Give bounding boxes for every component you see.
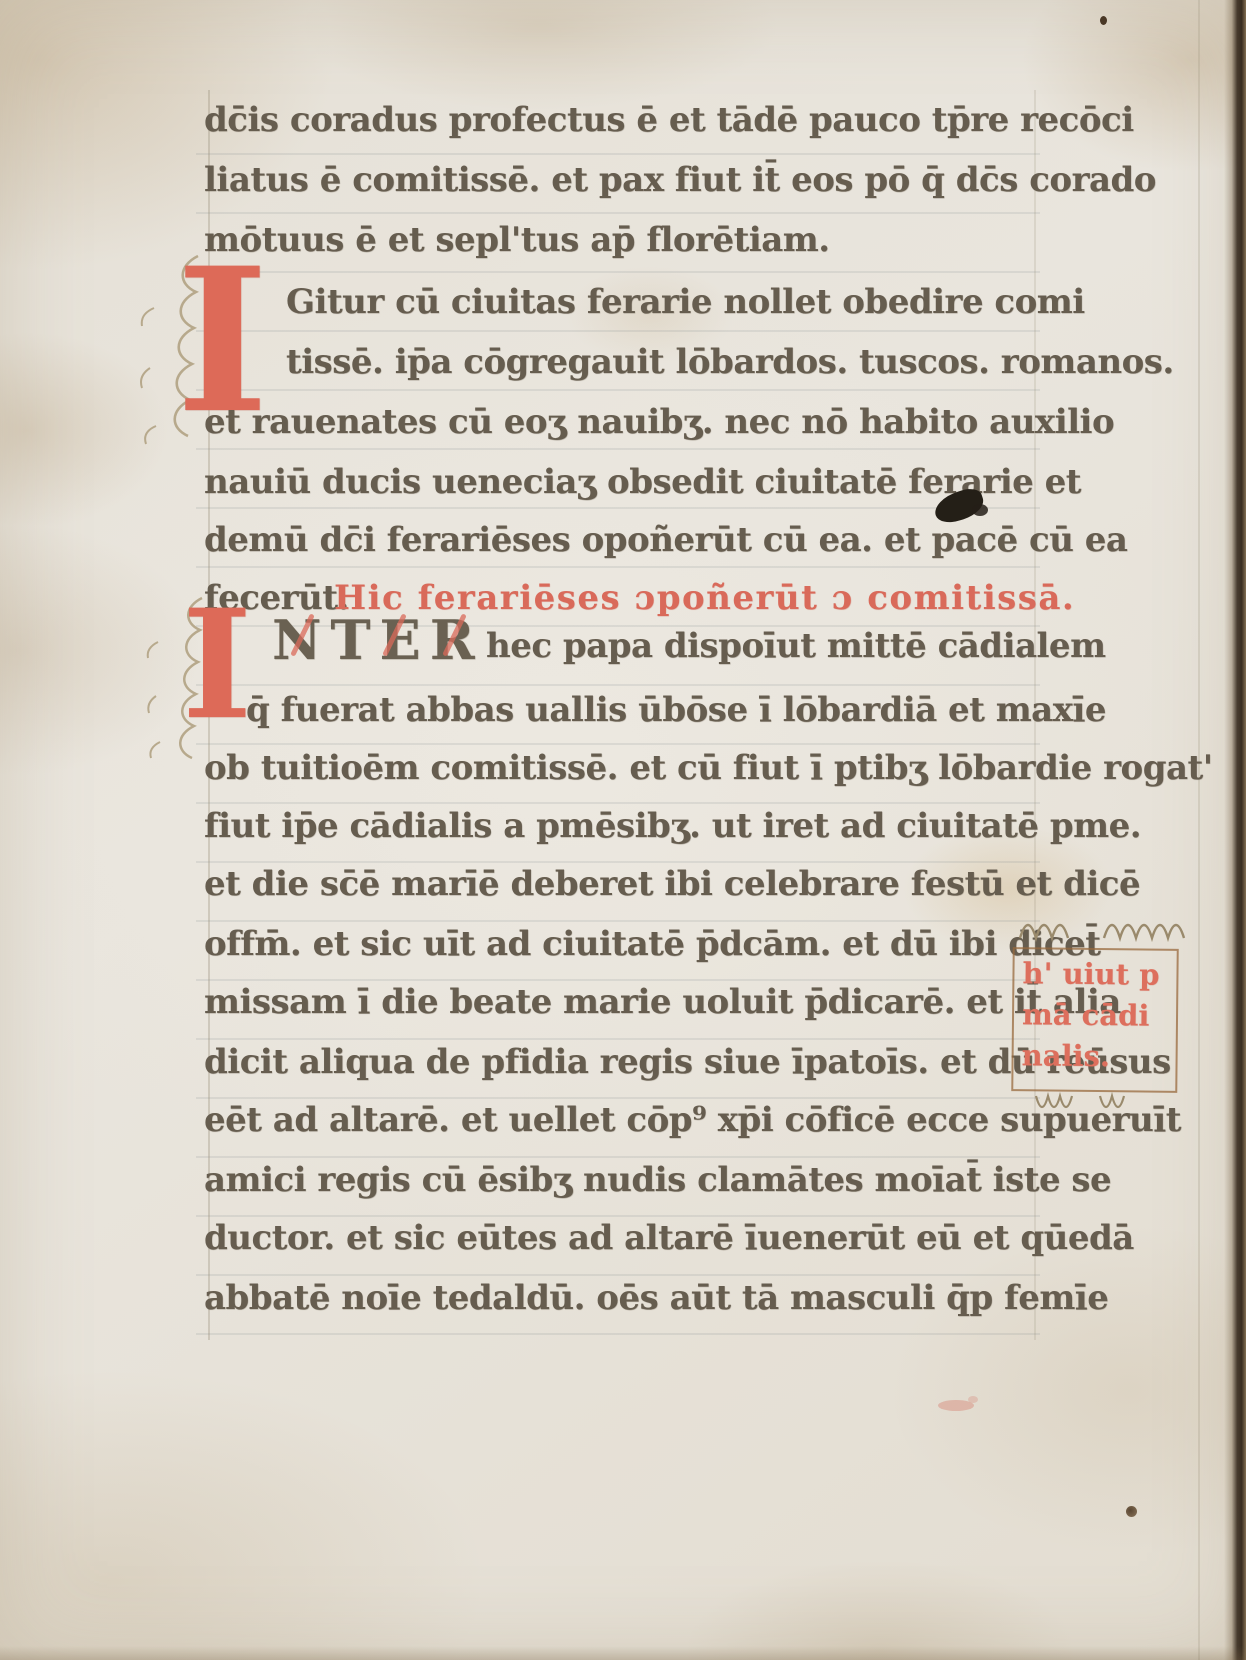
text-line: et die sc̄ē marīē deberet ibi celebrare … <box>204 864 1140 904</box>
ink-speck <box>1100 16 1107 25</box>
illuminated-initial-inter: I <box>182 596 252 734</box>
text-line: fiut ip̄e cādialis a pmēsibʒ. ut iret ad… <box>204 806 1141 846</box>
text-line: et rauenates cū eoʒ nauibʒ. nec nō habit… <box>204 402 1114 442</box>
margin-note-line: h' uiut p <box>1022 953 1174 996</box>
text-line: eēt ad altarē. et uellet cōp⁹ xp̄i cōfic… <box>204 1100 1181 1140</box>
text-line: dc̄is coradus profectus ē et tādē pauco … <box>204 100 1134 140</box>
text-line: liatus ē comitissē. et pax fiut it̄ eos … <box>204 160 1156 200</box>
margin-note: h' uiut p mā cādi nalis. <box>1011 947 1178 1093</box>
text-line: tissē. ip̄a cōgregauit lōbardos. tuscos.… <box>286 342 1174 382</box>
text-line: amici regis cū ēsibʒ nudis clamātes moīa… <box>204 1160 1111 1200</box>
text-line: ductor. et sic eūtes ad altarē īuenerūt … <box>204 1218 1134 1258</box>
margin-note-line: mā cādi <box>1022 994 1174 1037</box>
page-edge-shadow <box>1224 0 1246 1660</box>
text-line: missam ī die beate marie uoluit p̄dicarē… <box>204 982 1121 1022</box>
text-line: hec papa dispoīut mittē cādialem <box>486 626 1106 666</box>
text-line: mōtuus ē et sepl'tus ap̄ florētiam. <box>204 220 830 260</box>
text-line: Gitur cū ciuitas ferarie nollet obedire … <box>286 282 1085 322</box>
margin-note-line: nalis. <box>1021 1035 1173 1078</box>
ink-blot <box>972 504 988 516</box>
text-line: abbatē noīe tedaldū. oēs aūt tā masculi … <box>204 1278 1108 1318</box>
page-crease <box>1198 0 1200 1660</box>
text-line: offm̄. et sic uīt ad ciuitatē p̄dcām. et… <box>204 924 1100 964</box>
text-line: demū dc̄i ferariēses opoñerūt cū ea. et … <box>204 520 1127 560</box>
red-smudge <box>968 1396 978 1403</box>
page-edge-shadow <box>0 1646 1246 1660</box>
text-line: ob tuitioēm comitissē. et cū fiut ī ptib… <box>204 748 1213 788</box>
text-line: q̄ fuerat abbas uallis ūbōse ī lōbardiā … <box>246 690 1106 730</box>
manuscript-page: dc̄is coradus profectus ē et tādē pauco … <box>0 0 1246 1660</box>
wormhole-speck <box>1126 1506 1137 1517</box>
